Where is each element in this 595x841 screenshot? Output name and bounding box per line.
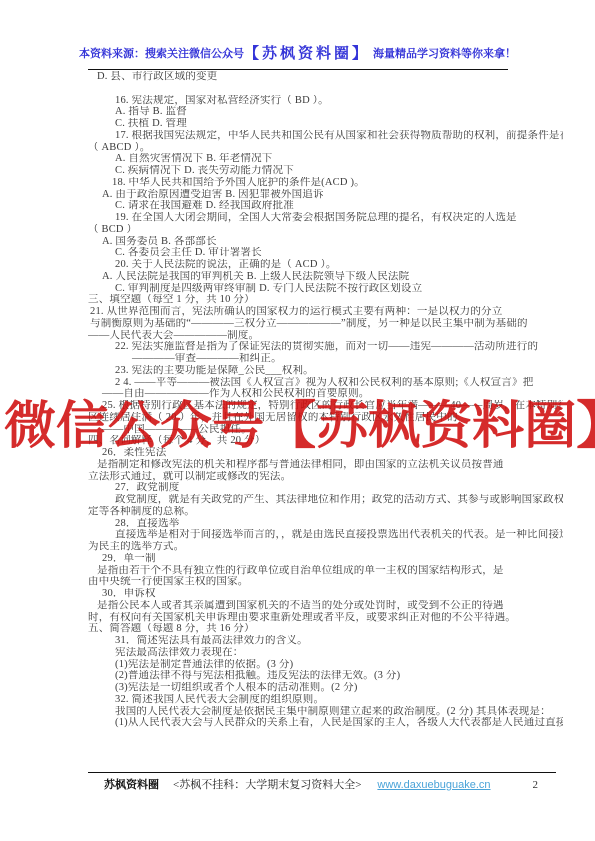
footer-brand: 苏枫资料圈 xyxy=(104,776,159,792)
text-line: (1)从人民代表大会与人民群众的关系上看，人民是国家的主人，各级人大代表都是人民… xyxy=(88,717,563,729)
text-line: C. 请求在我国避难 D. 经我国政府批准 xyxy=(88,200,563,212)
text-line: 直接选举是相对于间接选举而言的，，就是由选民直接投票选出代表机关的代表。是一种比… xyxy=(88,529,563,541)
footer-website-link[interactable]: www.daxuebuguake.cn xyxy=(377,779,490,791)
footer-divider xyxy=(88,772,556,773)
text-line: (1)宪法是制定普通法律的依据。(3 分) xyxy=(88,659,563,671)
text-line: 22. 宪法实施监督是指为了保证宪法的贯彻实施，而对一切——违宪————活动所进… xyxy=(88,341,563,353)
text-line: ——自由——————作为人权和公民权利的首要原则。 xyxy=(88,388,563,400)
page-number: 2 xyxy=(533,779,539,791)
text-line: 26．柔性宪法 xyxy=(88,447,563,459)
text-line: 23. 宪法的主要功能是保障_公民___权利。 xyxy=(88,365,563,377)
text-line: 政党制度，就是有关政党的产生、其法律地位和作用；政党的活动方式、其参与或影响国家… xyxy=(88,494,563,506)
document-page: 本资料来源：搜索关注微信公众号【苏枫资料圈】 海量精品学习资料等你来拿！ D. … xyxy=(0,0,595,841)
text-line: A. 自然灾害情况下 B. 年老情况下 xyxy=(88,153,563,165)
text-line: （ ABCD ）。 xyxy=(88,142,563,154)
text-line: 2 4. ——平等———被法国《人权宣言》视为人权和公民权利的基本原则;《人权宣… xyxy=(88,377,563,389)
document-body: D. 县、市行政区域的变更 16. 宪法规定，国家对私营经济实行（ BD ）。A… xyxy=(88,71,563,729)
text-line: D. 县、市行政区域的变更 xyxy=(88,71,563,83)
text-line: 29．单一制 xyxy=(88,553,563,565)
text-line xyxy=(88,83,563,95)
text-line: ——人民代表大会—————制度。 xyxy=(88,330,563,342)
text-line: 我国的人民代表大会制度是依据民主集中制原则建立起来的政治制度。(2 分) 其具体… xyxy=(88,706,563,718)
text-line: A. 人民法院是我国的审判机关 B. 上级人民法院领导下级人民法院 xyxy=(88,271,563,283)
text-line: A. 国务委员 B. 各部部长 xyxy=(88,236,563,248)
text-line: 31．简述宪法具有最高法律效力的含义。 xyxy=(88,635,563,647)
text-line: （ BCD ） xyxy=(88,224,563,236)
text-line: 四、名词解释（每个 4 分，共 20 分） xyxy=(88,435,563,447)
header-divider xyxy=(88,69,508,70)
text-line: 30．申诉权 xyxy=(88,588,563,600)
footer-tagline: <苏枫不挂科：大学期末复习资料大全> xyxy=(173,776,361,792)
text-line: 定等各种制度的总称。 xyxy=(88,506,563,518)
text-line: (3)宪法是一切组织或者个人根本的活动准则。(2 分) xyxy=(88,682,563,694)
text-line: 19. 在全国人大闭会期间，全国人大常委会根据国务院总理的提名，有权决定的人选是 xyxy=(88,212,563,224)
text-line: C. 审判制度是四级两审终审制 D. 专门人民法院不按行政区划设立 xyxy=(88,283,563,295)
text-line: 是指由若干个不具有独立性的行政单位或自治单位组成的单一主权的国家结构形式，是 xyxy=(88,565,563,577)
text-line: 宪法最高法律效力表现在： xyxy=(88,647,563,659)
text-line: 32. 简述我国人民代表大会制度的组织原则。 xyxy=(88,694,563,706)
text-line: 为民主的选举方式。 xyxy=(88,541,563,553)
text-line: ——中国—————公民担任。 xyxy=(88,424,563,436)
text-line: 25. 根据特别行政区基本法的规定，特别行政区的行政长官应当年满———40——周… xyxy=(88,400,563,412)
text-line: C. 扶植 D. 管理 xyxy=(88,118,563,130)
text-line: 17. 根据我国宪法规定，中华人民共和国公民有从国家和社会获得物质帮助的权利，前… xyxy=(88,130,563,142)
text-line: 16. 宪法规定，国家对私营经济实行（ BD ）。 xyxy=(88,95,563,107)
text-line: C. 各委员会主任 D. 审计署署长 xyxy=(88,247,563,259)
text-line: A. 指导 B. 监督 xyxy=(88,106,563,118)
text-line: 是指公民本人或者其亲属遭到国家机关的不适当的处分或处罚时，或受到不公正的待遇 xyxy=(88,600,563,612)
footer: 苏枫资料圈 <苏枫不挂科：大学期末复习资料大全> www.daxuebuguak… xyxy=(88,776,556,792)
text-line: (2)普通法律不得与宪法相抵触。违反宪法的法律无效。(3 分) xyxy=(88,670,563,682)
text-line: 是指制定和修改宪法的机关和程序都与普通法律相同，即由国家的立法机关议员按普通 xyxy=(88,459,563,471)
text-line: 18. 中华人民共和国给予外国人庇护的条件是(ACD )。 xyxy=(88,177,563,189)
header-brand: 【苏枫资料圈】 xyxy=(244,46,370,62)
text-line: 立法形式通过，就可以制定或修改的宪法。 xyxy=(88,471,563,483)
text-line: 三、填空题（每空 1 分，共 10 分） xyxy=(88,294,563,306)
text-line: C. 疾病情况下 D. 丧失劳动能力情况下 xyxy=(88,165,563,177)
header-banner: 本资料来源：搜索关注微信公众号【苏枫资料圈】 海量精品学习资料等你来拿！ xyxy=(0,42,595,63)
text-line: 由中央统一行使国家主权的国家。 xyxy=(88,576,563,588)
text-line: 与制衡原则为基础的“————三权分立——————”制度，另一种是以民主集中制为基… xyxy=(88,318,563,330)
text-line: 时，有权向有关国家机关申诉理由要求重新处理或者平反，或要求纠正对他的不公平待遇。 xyxy=(88,612,563,624)
text-line: 27．政党制度 xyxy=(88,482,563,494)
header-prefix: 本资料来源：搜索关注微信公众号 xyxy=(79,48,244,60)
text-line: 五、简答题（每题 8 分，共 16 分） xyxy=(88,623,563,635)
text-line: A. 由于政治原因遭受迫害 B. 因犯罪被外国追诉 xyxy=(88,189,563,201)
text-line: ————审查————和纠正。 xyxy=(88,353,563,365)
text-line: 28．直接选举 xyxy=(88,518,563,530)
text-line: 20. 关于人民法院的说法，正确的是（ ACD ）。 xyxy=(88,259,563,271)
header-suffix: 海量精品学习资料等你来拿！ xyxy=(370,48,516,60)
text-line: 区连续居住满（ 20 ）年，并且在外国无居留权的本特别行政区永久性居民中的 xyxy=(88,412,563,424)
text-line: 21. 从世界范围而言，宪法所确认的国家权力的运行模式主要有两种：一是以权力的分… xyxy=(88,306,563,318)
